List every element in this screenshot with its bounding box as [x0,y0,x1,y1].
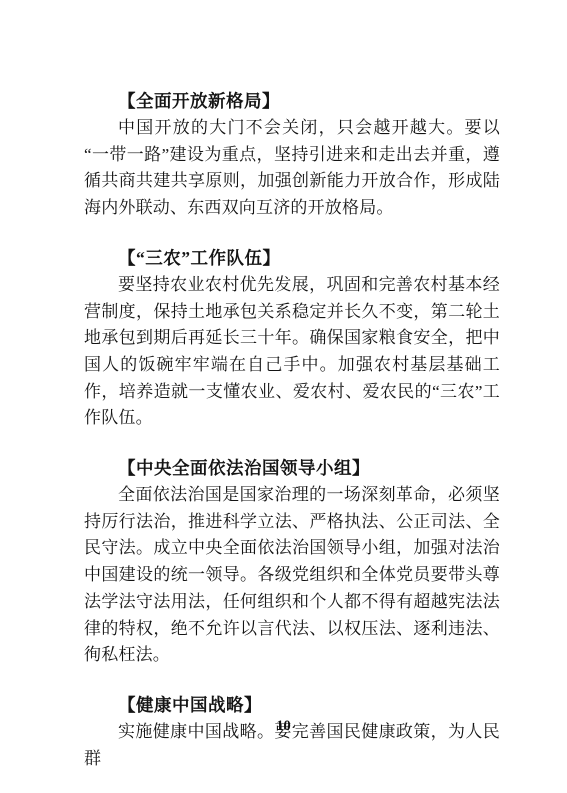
section-heading: 【“三农”工作队伍】 [84,245,500,272]
section-paragraph: 中国开放的大门不会关闭，只会越开越大。要以“一带一路”建设为重点，坚持引进来和走… [84,115,500,222]
section-paragraph: 全面依法治国是国家治理的一场深刻革命，必须坚持厉行法治，推进科学立法、严格执法、… [84,482,500,669]
section-heading: 【全面开放新格局】 [84,88,500,115]
document-page: 【全面开放新格局】 中国开放的大门不会关闭，只会越开越大。要以“一带一路”建设为… [0,0,567,793]
section-new-pattern-of-opening-up: 【全面开放新格局】 中国开放的大门不会关闭，只会越开越大。要以“一带一路”建设为… [84,88,500,222]
section-central-rule-of-law-leading-group: 【中央全面依法治国领导小组】 全面依法治国是国家治理的一场深刻革命，必须坚持厉行… [84,455,500,669]
section-heading: 【中央全面依法治国领导小组】 [84,455,500,482]
section-sannong-work-team: 【“三农”工作队伍】 要坚持农业农村优先发展，巩固和完善农村基本经营制度，保持土… [84,245,500,432]
page-number: 10 [0,717,567,735]
section-paragraph: 要坚持农业农村优先发展，巩固和完善农村基本经营制度，保持土地承包关系稳定并长久不… [84,272,500,432]
section-heading: 【健康中国战略】 [84,692,500,719]
